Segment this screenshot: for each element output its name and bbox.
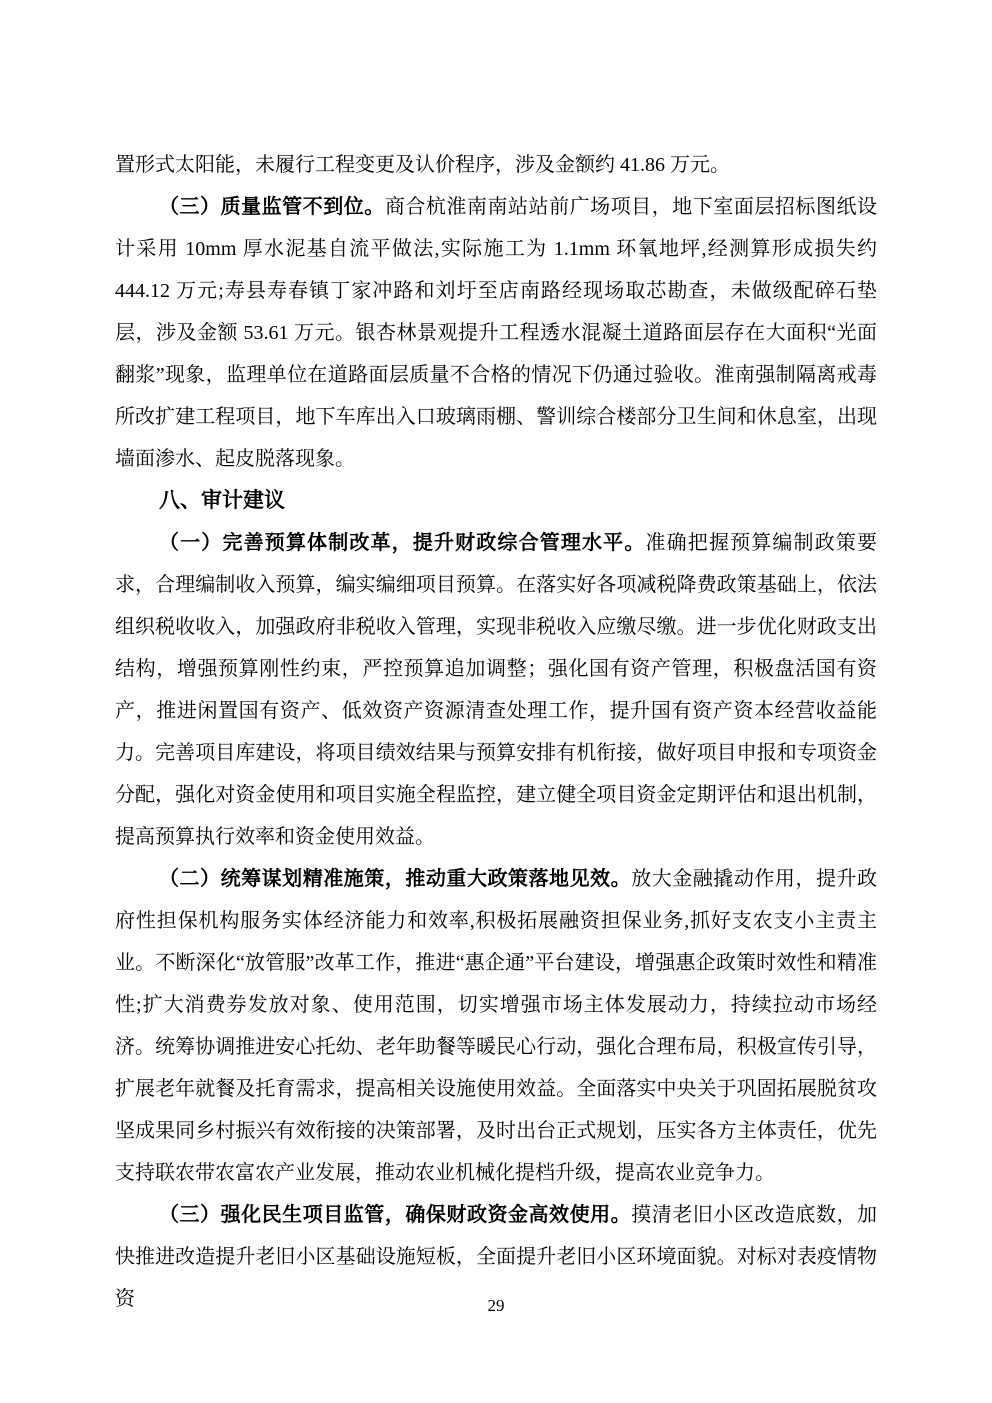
paragraph-text: 放大金融撬动作用，提升政府性担保机构服务实体经济能力和效率,积极拓展融资担保业务… — [115, 868, 877, 1184]
paragraph-text: 商合杭淮南南站站前广场项目，地下室面层招标图纸设计采用 10mm 厚水泥基自流平… — [115, 196, 877, 470]
paragraph-lead: （三）强化民生项目监管，确保财政资金高效使用。 — [159, 1204, 631, 1226]
paragraph-text: 置形式太阳能，未履行工程变更及认价程序，涉及金额约 41.86 万元。 — [115, 154, 730, 176]
document-page: 置形式太阳能，未履行工程变更及认价程序，涉及金额约 41.86 万元。 （三）质… — [0, 0, 992, 1403]
paragraph-recommendation-1: （一）完善预算体制改革，提升财政综合管理水平。准确把握预算编制政策要求，合理编制… — [115, 522, 877, 858]
paragraph-lead: （二）统筹谋划精准施策，推动重大政策落地见效。 — [159, 868, 631, 890]
section-heading-text: 八、审计建议 — [159, 489, 285, 512]
page-number: 29 — [0, 1296, 992, 1316]
paragraph-quality-supervision: （三）质量监管不到位。商合杭淮南南站站前广场项目，地下室面层招标图纸设计采用 1… — [115, 186, 877, 480]
document-body: 置形式太阳能，未履行工程变更及认价程序，涉及金额约 41.86 万元。 （三）质… — [115, 144, 877, 1320]
paragraph-recommendation-2: （二）统筹谋划精准施策，推动重大政策落地见效。放大金融撬动作用，提升政府性担保机… — [115, 858, 877, 1194]
paragraph-lead: （一）完善预算体制改革，提升财政综合管理水平。 — [159, 532, 645, 554]
paragraph-continuation: 置形式太阳能，未履行工程变更及认价程序，涉及金额约 41.86 万元。 — [115, 144, 877, 186]
paragraph-text: 准确把握预算编制政策要求，合理编制收入预算，编实编细项目预算。在落实好各项减税降… — [115, 532, 877, 848]
section-heading-audit-recommendations: 八、审计建议 — [115, 480, 877, 522]
paragraph-lead: （三）质量监管不到位。 — [159, 196, 385, 218]
